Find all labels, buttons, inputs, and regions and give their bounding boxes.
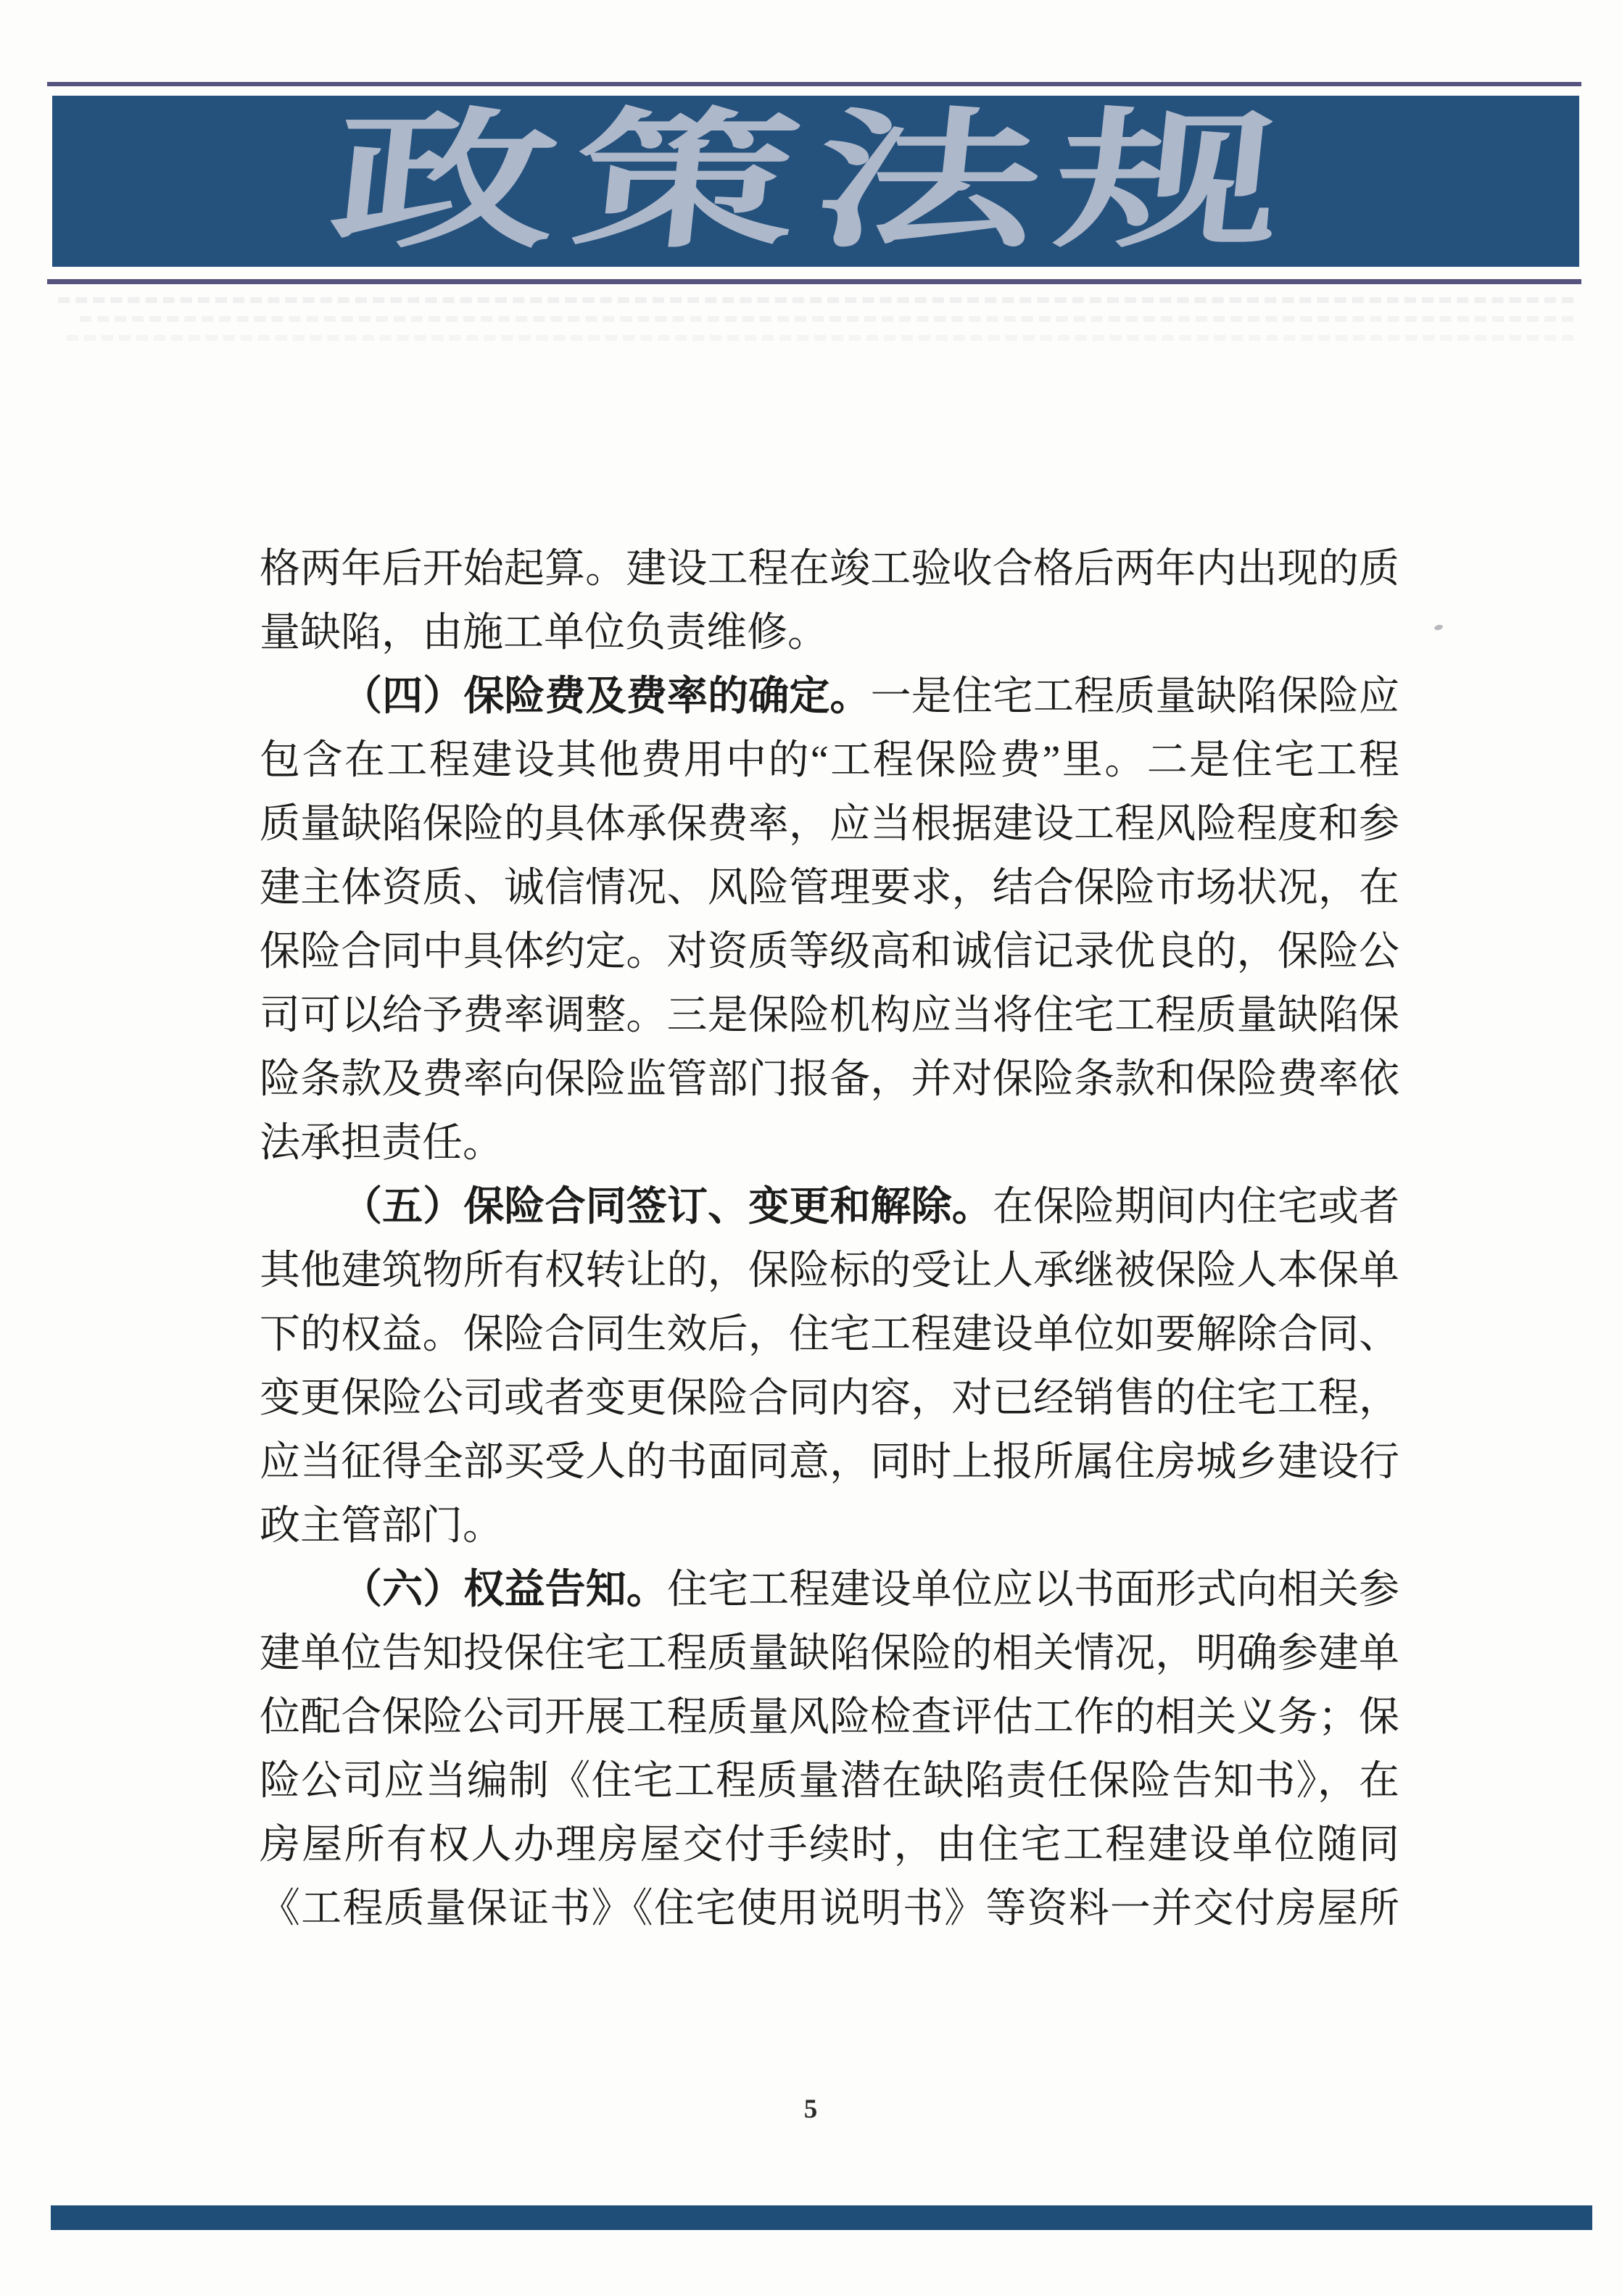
text-line: 法承担责任。 — [260, 1111, 1399, 1175]
footer-bar — [51, 2205, 1592, 2230]
body-text: 格两年后开始起算。建设工程在竣工验收合格后两年内出现的质量缺陷，由施工单位负责维… — [260, 537, 1399, 1941]
text-line: 包含在工程建设其他费用中的“工程保险费”里。二是住宅工程 — [260, 729, 1399, 792]
print-bleed-ghost — [58, 291, 1573, 348]
section-heading: （六）权益告知。 — [342, 1567, 667, 1612]
text-line: 格两年后开始起算。建设工程在竣工验收合格后两年内出现的质 — [260, 537, 1399, 601]
text-line: 下的权益。保险合同生效后，住宅工程建设单位如要解除合同、 — [260, 1303, 1399, 1367]
text-line: 保险合同中具体约定。对资质等级高和诚信记录优良的，保险公 — [260, 920, 1399, 984]
text-line: 质量缺陷保险的具体承保费率，应当根据建设工程风险程度和参 — [260, 792, 1399, 856]
text-line: 司可以给予费率调整。三是保险机构应当将住宅工程质量缺陷保 — [260, 984, 1399, 1048]
document-page: 政策法规 格两年后开始起算。建设工程在竣工验收合格后两年内出现的质量缺陷，由施工… — [0, 0, 1622, 2296]
section-heading: （四）保险费及费率的确定。 — [342, 674, 871, 719]
header-top-rule — [47, 82, 1581, 86]
header-bottom-rule — [47, 279, 1581, 284]
text-line: 政主管部门。 — [260, 1494, 1399, 1558]
text-line: 应当征得全部买受人的书面同意，同时上报所属住房城乡建设行 — [260, 1430, 1399, 1494]
section-heading: （五）保险合同签订、变更和解除。 — [342, 1185, 993, 1230]
text-line: 其他建筑物所有权转让的，保险标的受让人承继被保险人本保单 — [260, 1239, 1399, 1303]
text-line: （四）保险费及费率的确定。一是住宅工程质量缺陷保险应 — [260, 665, 1399, 729]
text-line: （六）权益告知。住宅工程建设单位应以书面形式向相关参 — [260, 1558, 1399, 1622]
ghost-row — [58, 297, 1573, 303]
text-line: 变更保险公司或者变更保险合同内容，对已经销售的住宅工程， — [260, 1367, 1399, 1430]
text-line: 险条款及费率向保险监管部门报备，并对保险条款和保险费率依 — [260, 1048, 1399, 1111]
text-line: 位配合保险公司开展工程质量风险检查评估工作的相关义务；保 — [260, 1686, 1399, 1749]
ghost-row — [67, 335, 1573, 341]
page-title: 政策法规 — [324, 96, 1308, 267]
text-line: 险公司应当编制《住宅工程质量潜在缺陷责任保险告知书》，在 — [260, 1749, 1399, 1813]
text-line: （五）保险合同签订、变更和解除。在保险期间内住宅或者 — [260, 1175, 1399, 1239]
header-banner: 政策法规 — [52, 96, 1579, 267]
text-line: 建主体资质、诚信情况、风险管理要求，结合保险市场状况，在 — [260, 856, 1399, 920]
text-line: 建单位告知投保住宅工程质量缺陷保险的相关情况，明确参建单 — [260, 1622, 1399, 1686]
scan-noise-mark — [1433, 624, 1443, 631]
ghost-row — [80, 316, 1573, 322]
text-line: 房屋所有权人办理房屋交付手续时，由住宅工程建设单位随同 — [260, 1813, 1399, 1877]
text-line: 《工程质量保证书》《住宅使用说明书》等资料一并交付房屋所 — [260, 1877, 1399, 1941]
page-number: 5 — [0, 2094, 1622, 2125]
text-line: 量缺陷，由施工单位负责维修。 — [260, 601, 1399, 665]
